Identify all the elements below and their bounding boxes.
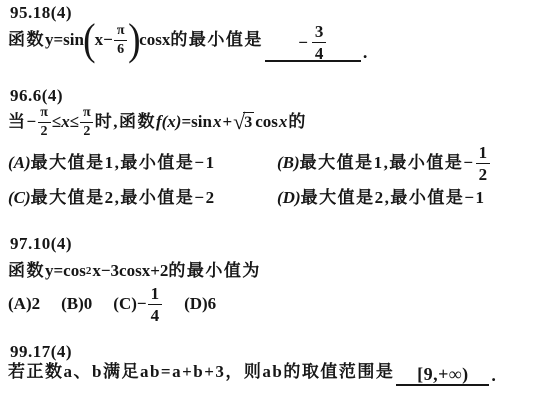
option-text: (C)− [113,294,146,314]
minus-sign: − [298,33,308,53]
text-run: 的最小值是 [170,30,263,50]
problem-97-stem: 函数 y=cos 2 x−3cosx+2 的最小值为 [8,258,261,284]
fraction-denominator: 4 [312,42,327,62]
text-run: cos [255,112,278,132]
option-97-c: (C)− 1 4 [113,285,163,324]
fraction-numerator: 1 [476,144,491,163]
minus-sign: − [27,112,37,132]
fraction-1-over-4: 1 4 [148,285,163,324]
text-run: 函数 [8,30,45,50]
variable-x: x [61,112,70,132]
options-97: (A)2 (B)0 (C)− 1 4 (D)6 [8,287,216,321]
fraction-numerator: 1 [148,285,163,304]
problem-97-number: 97.10(4) [10,234,72,254]
answer-blank-95: − 3 4 [265,18,361,62]
problem-99-stem: 若正数a、b满足ab=a+b+3，则ab的取值范围是 [9,+∞) . [8,357,496,387]
fraction-3-over-4: 3 4 [312,23,327,62]
option-96-d: (D) 最大值是2,最小值是−1 [277,186,486,210]
fraction-1-over-2: 1 2 [476,144,491,183]
left-paren: ( [83,21,95,58]
text-run: 的 [288,112,307,132]
text-run: cosx [139,30,170,50]
function-fx: f(x) [156,112,181,132]
leq-sign: ≤ [70,112,79,132]
variable-x: x [279,112,288,132]
problem-96-stem: 当 − π 2 ≤ x ≤ π 2 时,函数 f(x) =sin x + √ 3… [8,101,307,143]
answer-interval: [9,+∞) [417,364,469,385]
option-text: 最大值是2,最小值是−2 [31,188,216,208]
text-run: =sin [181,112,211,132]
plus-sign: + [222,112,232,132]
option-96-c: (C) 最大值是2,最小值是−2 [8,186,216,210]
fraction-denominator: 2 [80,122,93,139]
fraction-pi-over-2: π 2 [37,106,51,139]
fraction-denominator: 2 [476,163,491,183]
option-text: 最大值是2,最小值是−1 [301,188,486,208]
text-run: x−3cosx+2 [92,261,168,281]
option-text: 最大值是1,最小值是− [300,153,475,173]
text-run: y=cos [45,261,86,281]
text-run: 若正数a、b满足ab=a+b+3，则ab的取值范围是 [8,362,394,382]
text-run: 的最小值为 [168,261,261,281]
fraction-pi-over-2: π 2 [80,106,94,139]
text-run: 时,函数 [95,112,156,132]
fraction-numerator: π [114,24,128,40]
variable-x: x [213,112,222,132]
option-96-a: (A) 最大值是1,最小值是−1 [8,151,216,175]
option-label: (C) [8,188,31,208]
fraction-pi-over-6: π 6 [114,24,128,57]
option-96-b: (B) 最大值是1,最小值是− 1 2 [277,151,491,175]
problem-95-stem: 函数 y=sin ( x− π 6 ) cosx 的最小值是 − 3 4 . [8,16,367,64]
fraction-numerator: 3 [312,23,327,42]
period: . [491,365,496,386]
option-label: (D) [277,188,301,208]
fraction-numerator: π [37,106,51,122]
answer-fraction-minus-three-fourths: − 3 4 [298,23,327,62]
option-label: (B) [277,153,300,173]
period: . [363,42,368,63]
scanned-math-worksheet: 95.18(4) 函数 y=sin ( x− π 6 ) cosx 的最小值是 … [0,0,533,395]
fraction-numerator: π [80,106,94,122]
fraction-denominator: 4 [148,304,163,324]
answer-blank-99: [9,+∞) [396,358,489,386]
option-97-d: (D)6 [184,294,216,314]
option-label: (A) [8,153,31,173]
text-run: y=sin [45,30,84,50]
fraction-denominator: 2 [38,122,51,139]
option-text: 最大值是1,最小值是−1 [31,153,216,173]
option-97-a: (A)2 [8,294,40,314]
radicand: 3 [243,112,254,132]
sqrt-3: √ 3 [233,112,254,132]
leq-sign: ≤ [52,112,61,132]
right-paren: ) [128,21,140,58]
text-run: 当 [8,112,27,132]
fraction-denominator: 6 [114,40,127,57]
text-run: 函数 [8,261,45,281]
option-97-b: (B)0 [61,294,92,314]
text-run: x− [95,30,113,50]
